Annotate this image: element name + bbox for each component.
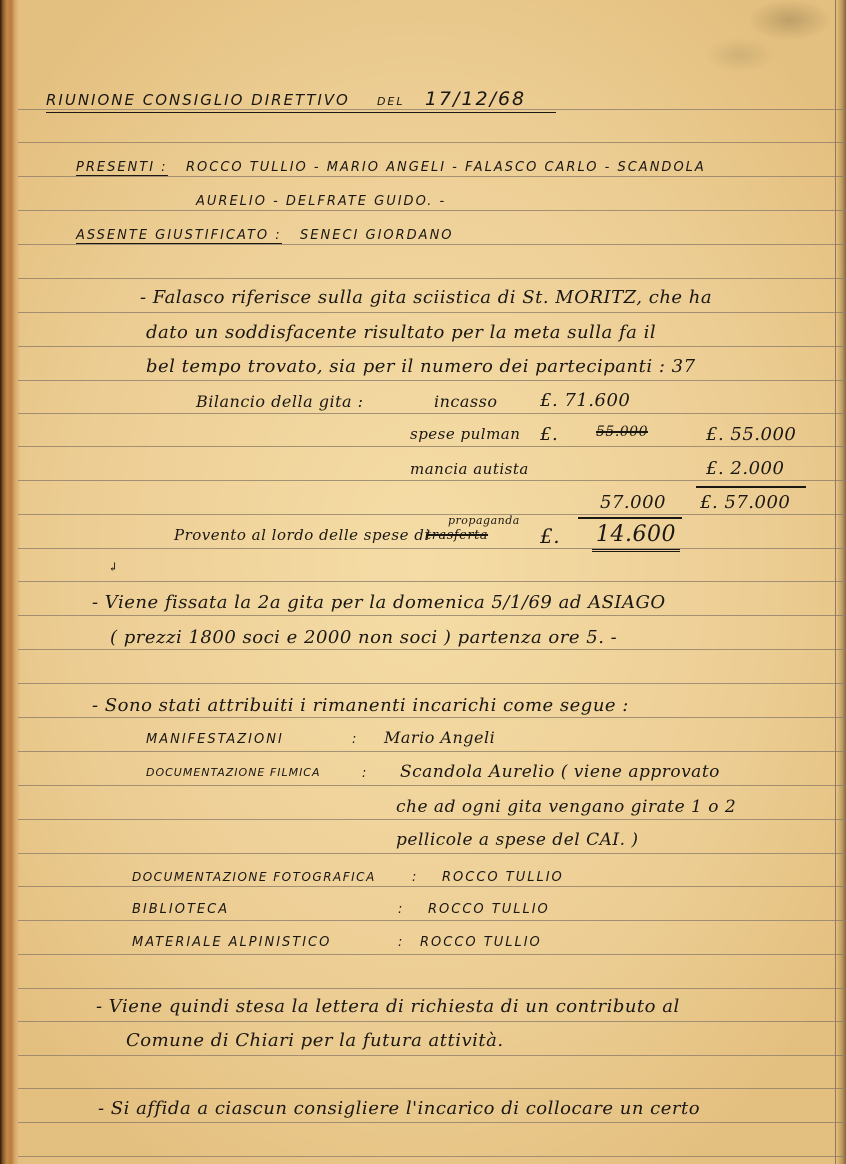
item-line: Comune di Chiari per la futura attività. [126,1030,504,1051]
present-names-line2: AURELIO - DELFRATE GUIDO. - [196,194,446,209]
assignment-sep: : [398,935,404,950]
item-line: - Si affida a ciascun consigliere l'inca… [98,1098,700,1119]
margin-mark: ↲ [108,560,119,574]
net-currency: £. [540,524,560,548]
item-line: - Viene quindi stesa la lettera di richi… [96,996,680,1017]
assignment-role: MATERIALE ALPINISTICO [132,935,331,950]
subtotal-left: 57.000 [600,492,666,513]
assignment-person: Mario Angeli [384,728,495,747]
meeting-date: 17/12/68 [425,88,526,110]
budget-label: Bilancio della gita : [196,392,364,411]
assignment-person: ROCCO TULLIO [428,902,550,917]
expenses-sum-line [696,486,806,488]
assignment-role: BIBLIOTECA [132,902,229,917]
expense-label: mancia autista [410,460,529,478]
subtotal-line [578,517,682,519]
item-line: bel tempo trovato, sia per il numero dei… [146,356,696,377]
item-line: ( prezzi 1800 soci e 2000 non soci ) par… [110,627,617,648]
assignment-note: che ad ogni gita vengano girate 1 o 2 [396,797,736,817]
present-row: PRESENTI : ROCCO TULLIO - MARIO ANGELI -… [76,160,706,175]
assignment-role: DOCUMENTAZIONE FOTOGRAFICA [132,870,376,884]
absent-row: ASSENTE GIUSTIFICATO : SENECI GIORDANO [76,228,454,243]
assignment-person: ROCCO TULLIO [420,935,542,950]
notebook-page: RIUNIONE CONSIGLIO DIRETTIVO DEL 17/12/6… [0,0,846,1164]
assignment-person: ROCCO TULLIO [442,870,564,885]
subtotal-right: £. 57.000 [700,492,790,513]
expense-value: £. 2.000 [706,458,784,479]
page-title: RIUNIONE CONSIGLIO DIRETTIVO DEL 17/12/6… [46,88,556,113]
notebook-binding [0,0,20,1164]
present-names-line1: ROCCO TULLIO - MARIO ANGELI - FALASCO CA… [186,160,706,175]
assignment-note: pellicole a spese del CAI. ) [396,830,639,850]
assignment-role: MANIFESTAZIONI [146,732,284,747]
item-line: - Falasco riferisce sulla gita sciistica… [140,287,712,308]
income-value: £. 71.600 [540,390,630,411]
expense-label: spese pulman [410,425,520,443]
net-struck-word: trasferta [426,528,488,543]
assignment-sep: : [412,870,418,885]
net-label: Provento al lordo delle spese di [174,526,430,544]
item-line: dato un soddisfacente risultato per la m… [146,322,656,343]
expense-value: £. 55.000 [706,424,796,445]
title-date-prefix: DEL [377,95,405,108]
net-value: 14.600 [592,522,680,552]
absent-names: SENECI GIORDANO [300,228,453,243]
expense-struck-value: 55.000 [596,424,648,440]
assignment-role: DOCUMENTAZIONE FILMICA [146,766,321,779]
present-label: PRESENTI : [76,160,168,176]
expense-struck-prefix: £. [540,424,558,445]
assignment-sep: : [398,902,404,917]
assignment-sep: : [352,732,358,747]
income-label: incasso [434,392,497,411]
item-line: - Viene fissata la 2a gita per la domeni… [92,592,666,613]
assignment-sep: : [362,766,368,781]
net-inserted-word: propaganda [448,514,520,527]
title-text: RIUNIONE CONSIGLIO DIRETTIVO [46,91,350,109]
assignment-person: Scandola Aurelio ( viene approvato [400,762,720,782]
absent-label: ASSENTE GIUSTIFICATO : [76,228,282,244]
item-line: - Sono stati attribuiti i rimanenti inca… [92,695,629,716]
page-edge-shadow [836,0,846,1164]
